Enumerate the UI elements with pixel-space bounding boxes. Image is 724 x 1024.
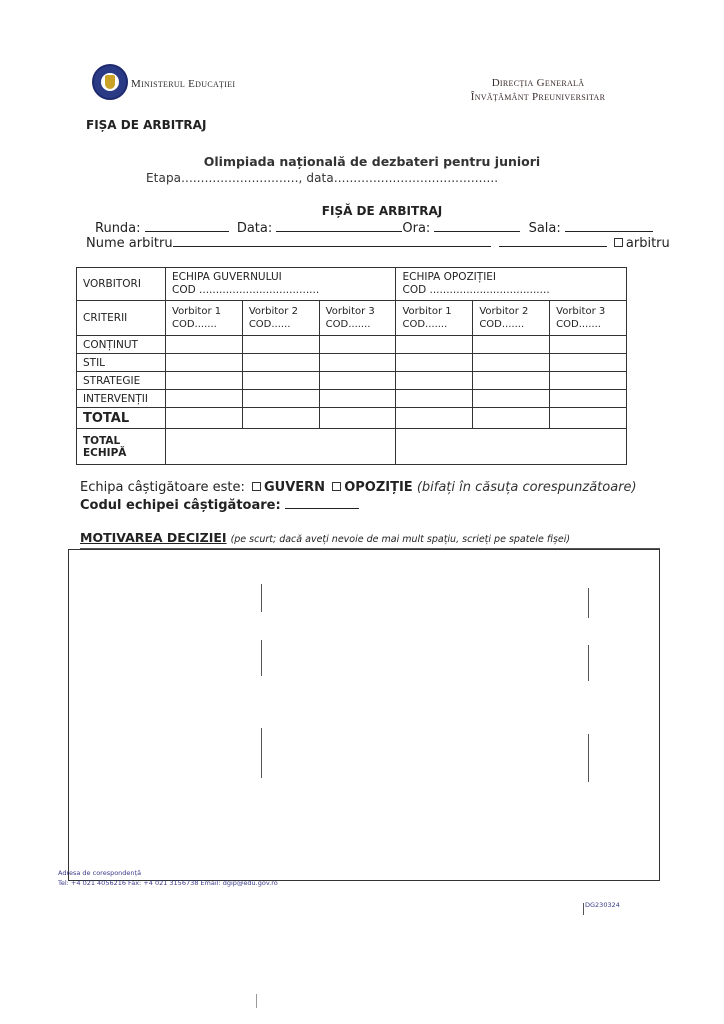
speaker-header: Vorbitor 2COD....... xyxy=(473,301,550,336)
score-cell[interactable] xyxy=(473,354,550,372)
speaker-header: Vorbitor 3COD....... xyxy=(550,301,627,336)
team-total-label-line1: TOTAL xyxy=(83,435,159,447)
criterii-header: CRITERII xyxy=(77,301,166,336)
winner-hint: (bifați în căsuța corespunzătoare) xyxy=(417,480,637,495)
speaker-code[interactable]: COD....... xyxy=(479,318,543,331)
judge-name-label: Nume arbitru xyxy=(86,236,173,251)
motivation-hint: (pe scurt; dacă aveți nevoie de mai mult… xyxy=(231,534,571,545)
total-cell[interactable] xyxy=(550,408,627,429)
document-code: DG230324 xyxy=(585,901,620,909)
scan-artifact-line xyxy=(588,645,589,681)
score-cell[interactable] xyxy=(396,336,473,354)
footer-address: Adresa de corespondență Tel: +4 021 4056… xyxy=(58,868,278,888)
speaker-code[interactable]: COD....... xyxy=(556,318,620,331)
directorate-name: Direcția Generală Învățământ Preuniversi… xyxy=(448,76,628,104)
doc-code-mark xyxy=(583,903,584,915)
scan-artifact-line xyxy=(261,584,262,612)
stage-date-line: Etapa.............................., dat… xyxy=(146,171,498,185)
total-label: TOTAL xyxy=(77,408,166,429)
scan-artifact-line xyxy=(261,728,262,778)
competition-date-field[interactable]: data....................................… xyxy=(306,171,498,185)
judge-row: Nume arbitru arbitru xyxy=(86,234,670,251)
team-gov-code[interactable]: COD .................................... xyxy=(172,284,389,297)
team-opp-header: ECHIPA OPOZIȚIEI COD ...................… xyxy=(396,268,627,301)
score-cell[interactable] xyxy=(319,390,396,408)
speaker-header: Vorbitor 1COD....... xyxy=(166,301,243,336)
total-cell[interactable] xyxy=(242,408,319,429)
scan-artifact-line xyxy=(588,734,589,782)
speaker-header: Vorbitor 3COD....... xyxy=(319,301,396,336)
table-row: CONȚINUT xyxy=(77,336,627,354)
winner-code-line: Codul echipei câștigătoare: xyxy=(80,496,637,514)
team-gov-total-cell[interactable] xyxy=(166,429,396,465)
winner-code-field[interactable] xyxy=(285,496,359,509)
score-cell[interactable] xyxy=(242,372,319,390)
team-opp-name: ECHIPA OPOZIȚIEI xyxy=(402,271,620,284)
score-cell[interactable] xyxy=(550,336,627,354)
total-row: TOTAL xyxy=(77,408,627,429)
table-header-speakers: CRITERII Vorbitor 1COD....... Vorbitor 2… xyxy=(77,301,627,336)
winner-section: Echipa câștigătoare este: GUVERN OPOZIȚI… xyxy=(80,480,637,514)
winner-label: Echipa câștigătoare este: xyxy=(80,480,245,495)
score-cell[interactable] xyxy=(166,354,243,372)
form-tag: FIȘA DE ARBITRAJ xyxy=(86,118,206,132)
address-label: Adresa de corespondență xyxy=(58,868,278,878)
motivation-heading-line: MOTIVAREA DECIZIEI (pe scurt; dacă aveți… xyxy=(80,530,570,545)
data-field[interactable] xyxy=(276,219,402,232)
ora-field[interactable] xyxy=(434,219,520,232)
score-cell[interactable] xyxy=(166,336,243,354)
scan-artifact-line xyxy=(256,994,257,1008)
score-cell[interactable] xyxy=(396,390,473,408)
speaker-name: Vorbitor 1 xyxy=(172,305,236,318)
runda-field[interactable] xyxy=(145,219,229,232)
score-cell[interactable] xyxy=(473,390,550,408)
vorbitori-header: VORBITORI xyxy=(77,268,166,301)
arbitru-checkbox-label: arbitru xyxy=(626,236,670,251)
score-cell[interactable] xyxy=(319,336,396,354)
table-header-teams: VORBITORI ECHIPA GUVERNULUI COD ........… xyxy=(77,268,627,301)
ministry-logo-icon xyxy=(92,64,128,100)
score-cell[interactable] xyxy=(396,372,473,390)
team-gov-header: ECHIPA GUVERNULUI COD ..................… xyxy=(166,268,396,301)
table-row: INTERVENȚII xyxy=(77,390,627,408)
score-cell[interactable] xyxy=(319,372,396,390)
score-table: VORBITORI ECHIPA GUVERNULUI COD ........… xyxy=(76,267,627,465)
competition-title: Olimpiada națională de dezbateri pentru … xyxy=(0,154,724,169)
team-total-row: TOTAL ECHIPĂ xyxy=(77,429,627,465)
total-cell[interactable] xyxy=(319,408,396,429)
criterion-label: INTERVENȚII xyxy=(77,390,166,408)
scan-artifact-line xyxy=(261,640,262,676)
score-cell[interactable] xyxy=(550,354,627,372)
score-cell[interactable] xyxy=(473,336,550,354)
score-cell[interactable] xyxy=(242,390,319,408)
speaker-code[interactable]: COD....... xyxy=(326,318,390,331)
gov-option-label: GUVERN xyxy=(264,480,325,495)
opp-checkbox[interactable] xyxy=(332,482,341,491)
winner-line: Echipa câștigătoare este: GUVERN OPOZIȚI… xyxy=(80,480,637,496)
judge-role-field[interactable] xyxy=(499,234,607,247)
team-gov-name: ECHIPA GUVERNULUI xyxy=(172,271,389,284)
directorate-line-1: Direcția Generală xyxy=(448,76,628,90)
speaker-name: Vorbitor 3 xyxy=(556,305,620,318)
total-cell[interactable] xyxy=(473,408,550,429)
speaker-header: Vorbitor 1COD....... xyxy=(396,301,473,336)
total-cell[interactable] xyxy=(396,408,473,429)
speaker-name: Vorbitor 1 xyxy=(402,305,466,318)
judge-name-field[interactable] xyxy=(173,234,491,247)
table-row: STRATEGIE xyxy=(77,372,627,390)
criterion-label: STRATEGIE xyxy=(77,372,166,390)
speaker-code[interactable]: COD....... xyxy=(172,318,236,331)
eagle-emblem-icon xyxy=(105,75,115,89)
score-cell[interactable] xyxy=(242,354,319,372)
winner-code-label: Codul echipei câștigătoare: xyxy=(80,498,281,513)
score-cell[interactable] xyxy=(550,372,627,390)
score-cell[interactable] xyxy=(319,354,396,372)
directorate-line-2: Învățământ Preuniversitar xyxy=(448,90,628,104)
scan-artifact-line xyxy=(588,588,589,618)
gov-checkbox[interactable] xyxy=(252,482,261,491)
score-cell[interactable] xyxy=(242,336,319,354)
speaker-header: Vorbitor 2COD...... xyxy=(242,301,319,336)
speaker-name: Vorbitor 2 xyxy=(479,305,543,318)
sheet-title: FIȘĂ DE ARBITRAJ xyxy=(0,204,724,218)
speaker-code[interactable]: COD...... xyxy=(249,318,313,331)
total-cell[interactable] xyxy=(166,408,243,429)
criterion-label: STIL xyxy=(77,354,166,372)
team-total-label: TOTAL ECHIPĂ xyxy=(77,429,166,465)
team-opp-total-cell[interactable] xyxy=(396,429,627,465)
motivation-textarea[interactable] xyxy=(68,549,660,881)
motivation-heading: MOTIVAREA DECIZIEI xyxy=(80,530,227,545)
team-total-label-line2: ECHIPĂ xyxy=(83,447,159,459)
speaker-name: Vorbitor 3 xyxy=(326,305,390,318)
score-cell[interactable] xyxy=(396,354,473,372)
score-cell[interactable] xyxy=(166,390,243,408)
contact-line: Tel: +4 021 4056216 Fax: +4 021 3156738 … xyxy=(58,878,278,888)
speaker-name: Vorbitor 2 xyxy=(249,305,313,318)
arbitru-checkbox[interactable] xyxy=(614,238,623,247)
speaker-code[interactable]: COD....... xyxy=(402,318,466,331)
team-opp-code[interactable]: COD .................................... xyxy=(402,284,620,297)
score-cell[interactable] xyxy=(166,372,243,390)
criterion-label: CONȚINUT xyxy=(77,336,166,354)
score-cell[interactable] xyxy=(473,372,550,390)
table-row: STIL xyxy=(77,354,627,372)
etapa-field[interactable]: Etapa.............................., xyxy=(146,171,302,185)
score-cell[interactable] xyxy=(550,390,627,408)
opp-option-label: OPOZIȚIE xyxy=(344,480,412,495)
sala-field[interactable] xyxy=(565,219,653,232)
ministry-name: Ministerul Educației xyxy=(131,78,235,90)
